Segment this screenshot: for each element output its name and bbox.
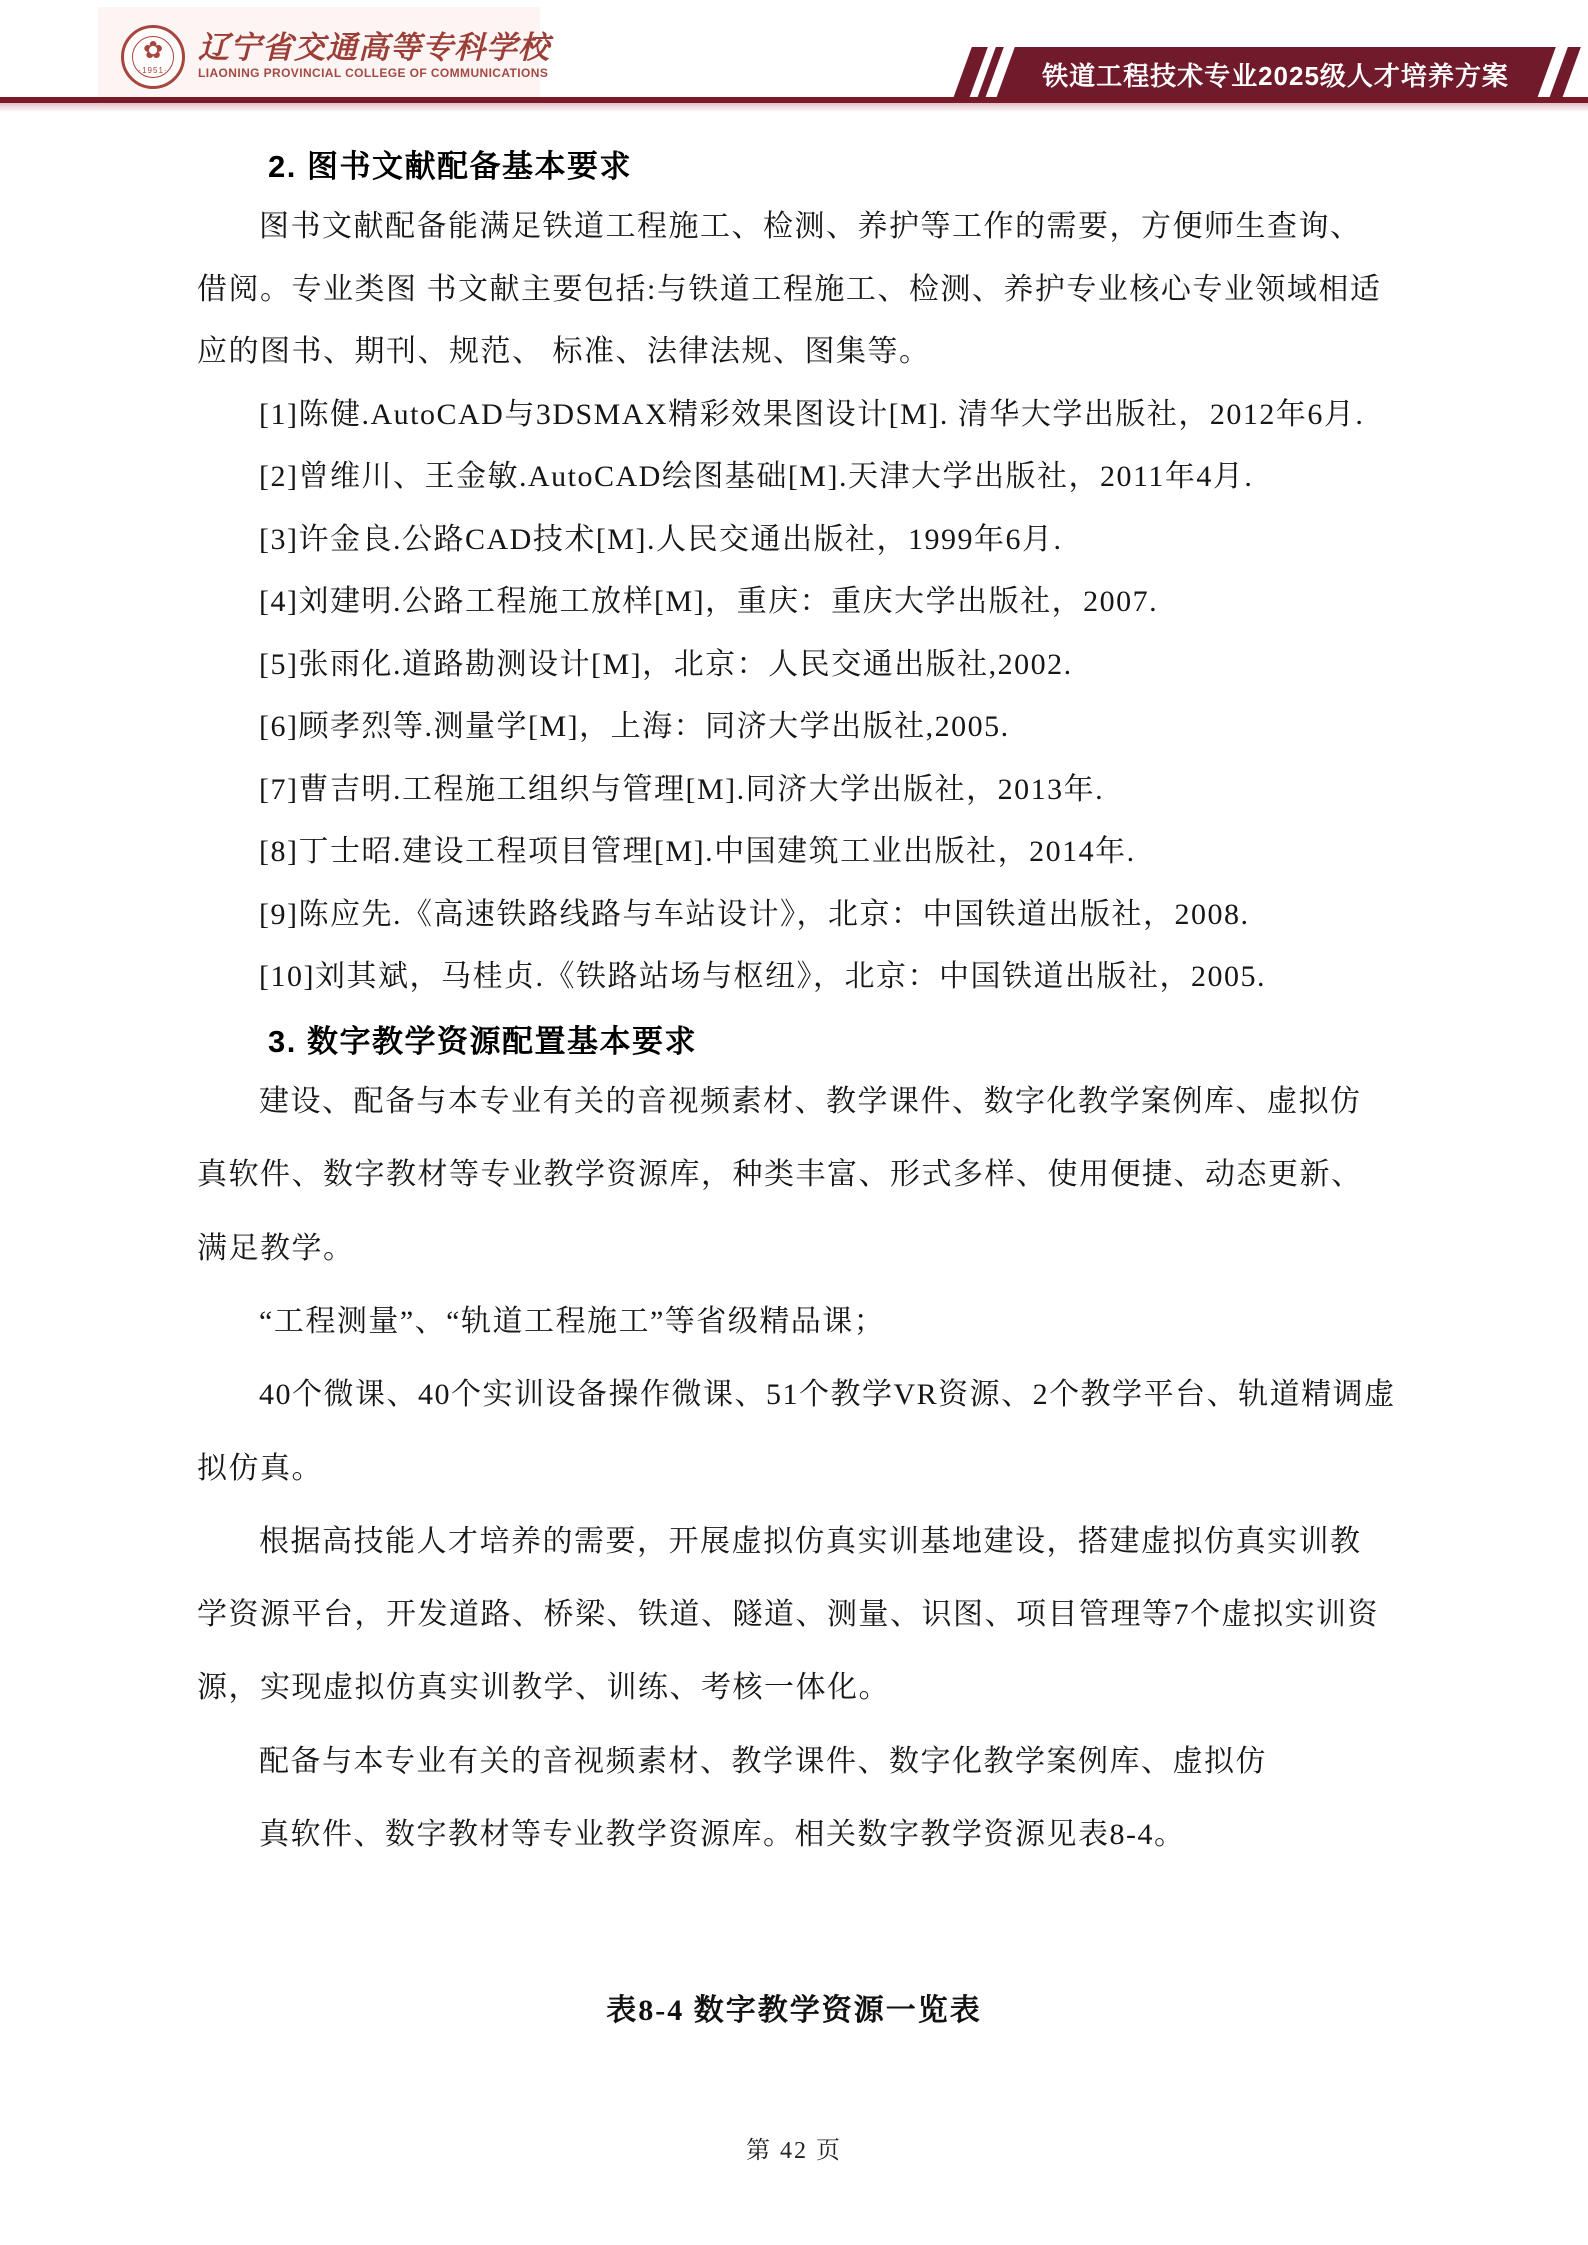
text-line: 真软件、数字教材等专业教学资源库，种类丰富、形式多样、使用便捷、动态更新、 bbox=[197, 1158, 1363, 1192]
text-line: [4]刘建明.公路工程施工放样[M]，重庆：重庆大学出版社，2007. bbox=[259, 585, 1158, 619]
document-title: 铁道工程技术专业2025级人才培养方案 bbox=[1005, 47, 1546, 101]
banner-slash-decoration bbox=[1548, 47, 1581, 101]
section-books-text: 图书文献配备能满足铁道工程施工、检测、养护等工作的需要，方便师生查询、借阅。专业… bbox=[0, 210, 1588, 1010]
text-line: 40个微课、40个实训设备操作微课、51个教学VR资源、2个教学平台、轨道精调虚 bbox=[259, 1378, 1396, 1412]
text-line: 配备与本专业有关的音视频素材、教学课件、数字化教学案例库、虚拟仿 bbox=[259, 1745, 1267, 1779]
table-caption: 表8-4 数字教学资源一览表 bbox=[0, 1985, 1588, 2021]
section-digital-resources-text: 建设、配备与本专业有关的音视频素材、教学课件、数字化教学案例库、虚拟仿真软件、数… bbox=[0, 1085, 1588, 1895]
text-line: [2]曾维川、王金敏.AutoCAD绘图基础[M].天津大学出版社，2011年4… bbox=[259, 460, 1253, 494]
text-line: [6]顾孝烈等.测量学[M]，上海：同济大学出版社,2005. bbox=[259, 710, 1010, 744]
page-number: 第 42 页 bbox=[0, 2130, 1588, 2160]
text-line: 学资源平台，开发道路、桥梁、铁道、隧道、测量、识图、项目管理等7个虚拟实训资 bbox=[197, 1598, 1379, 1632]
college-name-english: LIAONING PROVINCIAL COLLEGE OF COMMUNICA… bbox=[198, 66, 578, 80]
section-heading-books: 2. 图书文献配备基本要求 bbox=[268, 150, 632, 184]
text-line: [5]张雨化.道路勘测设计[M]，北京：人民交通出版社,2002. bbox=[259, 648, 1073, 682]
college-name-chinese: 辽宁省交通高等专科学校 bbox=[198, 22, 558, 64]
text-line: 满足教学。 bbox=[197, 1232, 355, 1266]
text-line: [9]陈应先.《高速铁路线路与车站设计》，北京：中国铁道出版社，2008. bbox=[259, 898, 1249, 932]
text-line: 建设、配备与本专业有关的音视频素材、教学课件、数字化教学案例库、虚拟仿 bbox=[259, 1085, 1362, 1119]
text-line: 真软件、数字教材等专业教学资源库。相关数字教学资源见表8-4。 bbox=[259, 1818, 1186, 1852]
emblem-flower-icon: ✿ bbox=[124, 35, 182, 65]
text-line: 拟仿真。 bbox=[197, 1452, 323, 1486]
section-heading-digital-resources: 3. 数字教学资源配置基本要求 bbox=[268, 1025, 697, 1059]
text-line: 应的图书、期刊、规范、 标准、法律法规、图集等。 bbox=[197, 335, 931, 369]
document-page: ✿ ·1951· 辽宁省交通高等专科学校 LIAONING PROVINCIAL… bbox=[0, 0, 1588, 2245]
text-line: [8]丁士昭.建设工程项目管理[M].中国建筑工业出版社，2014年. bbox=[259, 835, 1136, 869]
text-line: [1]陈健.AutoCAD与3DSMAX精彩效果图设计[M]. 清华大学出版社，… bbox=[259, 398, 1364, 432]
text-line: 图书文献配备能满足铁道工程施工、检测、养护等工作的需要，方便师生查询、 bbox=[259, 210, 1362, 244]
text-line: [3]许金良.公路CAD技术[M].人民交通出版社，1999年6月. bbox=[259, 523, 1062, 557]
text-line: 源，实现虚拟仿真实训教学、训练、考核一体化。 bbox=[197, 1671, 890, 1705]
text-line: [10]刘其斌，马桂贞.《铁路站场与枢纽》，北京：中国铁道出版社，2005. bbox=[259, 960, 1266, 994]
text-line: 根据高技能人才培养的需要，开展虚拟仿真实训基地建设，搭建虚拟仿真实训教 bbox=[259, 1525, 1362, 1559]
college-emblem-icon: ✿ ·1951· bbox=[121, 25, 185, 89]
text-line: 借阅。专业类图 书文献主要包括:与铁道工程施工、检测、养护专业核心专业领域相适 bbox=[197, 273, 1381, 307]
emblem-year-label: ·1951· bbox=[124, 66, 182, 75]
text-line: “工程测量”、“轨道工程施工”等省级精品课； bbox=[259, 1305, 885, 1339]
header-rule-shadow bbox=[0, 103, 1588, 112]
text-line: [7]曹吉明.工程施工组织与管理[M].同济大学出版社，2013年. bbox=[259, 773, 1104, 807]
